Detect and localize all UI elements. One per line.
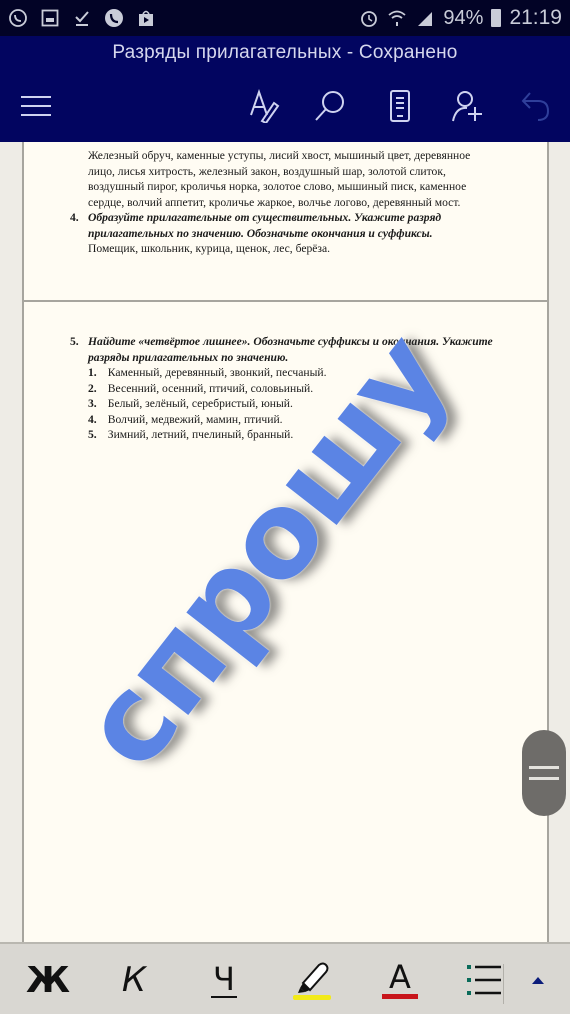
task-instruction: Найдите «четвёртое лишнее». Обозначьте с… (88, 334, 504, 365)
undo-button[interactable] (516, 86, 556, 126)
mobile-view-button[interactable] (380, 86, 420, 126)
page1-content: Железный обруч, каменные уступы, лисий х… (64, 148, 504, 257)
undo-icon (520, 89, 552, 123)
expand-toolbar-button[interactable] (522, 958, 554, 1002)
list-item: 1. Каменный, деревянный, звонкий, песчан… (88, 365, 504, 381)
download-done-icon (72, 8, 92, 28)
status-bar: 94% 21:19 (0, 0, 570, 36)
text-line: лицо, лисья хитрость, железный закон, во… (64, 164, 504, 180)
phone-icon (104, 8, 124, 28)
battery-icon (491, 9, 501, 27)
text-edit-button[interactable] (244, 86, 284, 126)
signal-icon (415, 8, 435, 28)
text-line: сердце, волчий аппетит, кроличье жаркое,… (64, 195, 504, 211)
document-title: Разряды прилагательных - Сохранено (0, 42, 570, 64)
task-number: 4. (64, 210, 88, 257)
share-button[interactable] (448, 86, 488, 126)
menu-button[interactable] (16, 86, 56, 126)
bold-button[interactable]: Ж (28, 958, 68, 1002)
bullet-list-button[interactable] (462, 958, 504, 1002)
underline-button[interactable]: Ч (204, 958, 244, 1002)
clock: 21:19 (509, 6, 562, 30)
text-line: Железный обруч, каменные уступы, лисий х… (64, 148, 504, 164)
format-bar: Ж К Ч A (0, 942, 570, 1014)
whatsapp-icon (8, 8, 28, 28)
app-header: Разряды прилагательных - Сохранено (0, 36, 570, 142)
task-5-list: 1. Каменный, деревянный, звонкий, песчан… (64, 365, 504, 443)
add-person-icon (451, 89, 485, 123)
search-button[interactable] (310, 86, 350, 126)
play-store-icon (136, 8, 156, 28)
mobile-view-icon (388, 89, 412, 123)
document-canvas[interactable]: Железный обруч, каменные уступы, лисий х… (0, 142, 570, 942)
list-item: 5. Зимний, летний, пчелиный, бранный. (88, 427, 504, 443)
italic-button[interactable]: К (114, 958, 154, 1002)
toolbar (0, 86, 570, 126)
grip-line (529, 777, 559, 780)
gallery-icon (40, 8, 60, 28)
expand-up-icon (532, 977, 544, 984)
list-item: 3. Белый, зелёный, серебристый, юный. (88, 396, 504, 412)
text-edit-icon (248, 89, 280, 123)
search-icon (313, 89, 347, 123)
wifi-icon (387, 8, 407, 28)
grip-line (529, 766, 559, 769)
font-color-swatch (382, 994, 418, 999)
task-4: 4. Образуйте прилагательные от существит… (64, 210, 504, 257)
highlight-button[interactable] (288, 958, 336, 1002)
page2-content: 5. Найдите «четвёртое лишнее». Обозначьт… (64, 334, 504, 443)
alarm-icon (359, 8, 379, 28)
task-words: Помещик, школьник, курица, щенок, лес, б… (88, 241, 504, 257)
toolbar-divider (503, 964, 504, 1004)
scroll-handle[interactable] (522, 730, 566, 816)
list-item: 4. Волчий, медвежий, мамин, птичий. (88, 412, 504, 428)
list-item: 2. Весенний, осенний, птичий, соловьиный… (88, 381, 504, 397)
text-line: воздушный пирог, кроличья норка, золотое… (64, 179, 504, 195)
menu-icon (19, 94, 53, 118)
task-instruction: Образуйте прилагательные от существитель… (88, 210, 504, 241)
highlighter-icon (289, 959, 335, 1001)
battery-percent: 94% (443, 7, 483, 30)
task-5: 5. Найдите «четвёртое лишнее». Обозначьт… (64, 334, 504, 365)
task-number: 5. (64, 334, 88, 365)
font-color-button[interactable]: A (378, 958, 422, 1002)
bullet-list-icon (463, 962, 503, 998)
